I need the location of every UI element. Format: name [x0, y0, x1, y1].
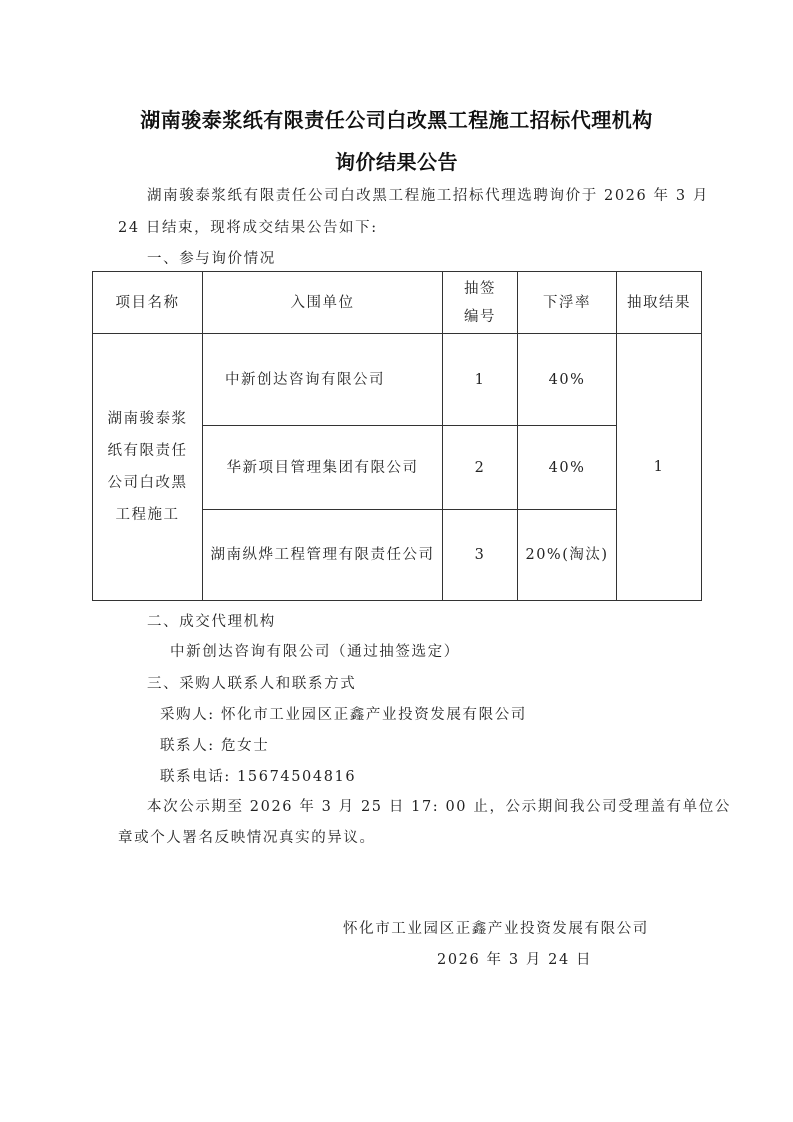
project-name-cell: 湖南骏泰浆 纸有限责任 公司白改黑 工程施工 — [93, 334, 203, 601]
intro-paragraph-line2: 24 日结束，现将成交结果公告如下: — [118, 218, 378, 238]
table-row: 湖南骏泰浆 纸有限责任 公司白改黑 工程施工 中新创达咨询有限公司 1 40% … — [93, 334, 702, 426]
notice-paragraph-line1: 本次公示期至 2026 年 3 月 25 日 17: 00 止，公示期间我公司受… — [147, 797, 731, 817]
discount-cell: 20%(淘汰) — [518, 510, 617, 601]
draw-no-cell: 3 — [443, 510, 518, 601]
draw-result-cell: 1 — [617, 334, 702, 601]
unit-cell: 华新项目管理集团有限公司 — [203, 426, 443, 510]
header-discount: 下浮率 — [518, 272, 617, 334]
table-header-row: 项目名称 入围单位 抽签 编号 下浮率 抽取结果 — [93, 272, 702, 334]
notice-paragraph-line2: 章或个人署名反映情况真实的异议。 — [118, 828, 376, 848]
winning-agency: 中新创达咨询有限公司（通过抽签选定） — [170, 642, 460, 662]
project-name-line: 湖南骏泰浆 — [99, 403, 196, 435]
bid-results-table: 项目名称 入围单位 抽签 编号 下浮率 抽取结果 湖南骏泰浆 纸有限责任 公司白… — [92, 271, 702, 601]
header-draw-no: 抽签 编号 — [443, 272, 518, 334]
header-draw-no-line1: 抽签 — [443, 275, 517, 303]
draw-no-cell: 1 — [443, 334, 518, 426]
unit-cell: 中新创达咨询有限公司 — [203, 334, 443, 426]
draw-no-cell: 2 — [443, 426, 518, 510]
section3-heading: 三、采购人联系人和联系方式 — [147, 674, 356, 694]
intro-paragraph-line1: 湖南骏泰浆纸有限责任公司白改黑工程施工招标代理选聘询价于 2026 年 3 月 — [147, 186, 709, 206]
signature-organization: 怀化市工业园区正鑫产业投资发展有限公司 — [343, 917, 649, 938]
contact-phone-line: 联系电话: 15674504816 — [160, 767, 356, 787]
document-title-line1: 湖南骏泰浆纸有限责任公司白改黑工程施工招标代理机构 — [0, 104, 793, 133]
header-result: 抽取结果 — [617, 272, 702, 334]
purchaser-line: 采购人: 怀化市工业园区正鑫产业投资发展有限公司 — [160, 705, 527, 725]
discount-cell: 40% — [518, 426, 617, 510]
discount-cell: 40% — [518, 334, 617, 426]
header-project: 项目名称 — [93, 272, 203, 334]
document-title-line2: 询价结果公告 — [0, 146, 793, 175]
project-name-line: 工程施工 — [99, 499, 196, 531]
unit-cell: 湖南纵烨工程管理有限责任公司 — [203, 510, 443, 601]
project-name-line: 公司白改黑 — [99, 467, 196, 499]
document-page: 湖南骏泰浆纸有限责任公司白改黑工程施工招标代理机构 询价结果公告 湖南骏泰浆纸有… — [0, 0, 793, 1122]
header-unit: 入围单位 — [203, 272, 443, 334]
contact-person-line: 联系人: 危女士 — [160, 736, 269, 756]
section1-heading: 一、参与询价情况 — [147, 249, 276, 269]
header-draw-no-line2: 编号 — [443, 303, 517, 331]
project-name-line: 纸有限责任 — [99, 435, 196, 467]
signature-date: 2026 年 3 月 24 日 — [437, 948, 592, 969]
section2-heading: 二、成交代理机构 — [147, 612, 276, 632]
